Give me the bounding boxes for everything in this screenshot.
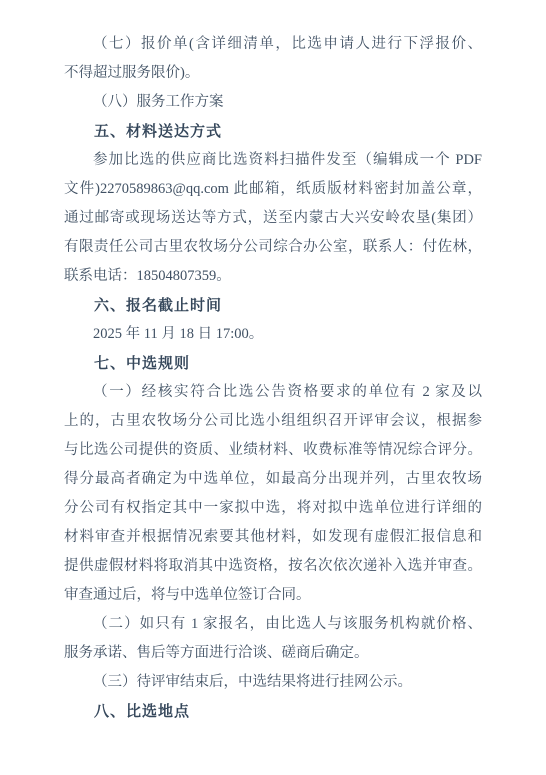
text-line: 服务承诺、售后等方面进行洽谈、磋商后确定。 [64,639,482,668]
text-line: 提供虚假材料将取消其中选资格，按名次依次递补入选并审查。 [64,552,482,581]
text-line: 有限责任公司古里农牧场分公司综合办公室，联系人：付佐林， [64,233,482,262]
text-line: 得分最高者确定为中选单位，如最高分出现并列，古里农牧场 [64,465,482,494]
text-line: 不得超过服务限价)。 [64,59,482,88]
paragraph: （七）报价单(含详细清单，比选申请人进行下浮报价、不得超过服务限价)。 [64,30,482,88]
text-line: 联系电话：18504807359。 [64,262,482,291]
text-line: 2025 年 11 月 18 日 17:00。 [64,320,482,349]
paragraph: （二）如只有 1 家报名，由比选人与该服务机构就价格、服务承诺、售后等方面进行洽… [64,610,482,668]
section-heading: 六、报名截止时间 [64,291,482,320]
paragraph: 2025 年 11 月 18 日 17:00。 [64,320,482,349]
paragraph: （三）待评审结束后，中选结果将进行挂网公示。 [64,668,482,697]
text-line: 分公司有权指定其中一家拟中选，将对拟中选单位进行详细的 [64,494,482,523]
text-line: 通过邮寄或现场送达等方式，送至内蒙古大兴安岭农垦(集团） [64,204,482,233]
paragraph: 参加比选的供应商比选资料扫描件发至（编辑成一个 PDF文件)2270589863… [64,146,482,291]
document-body: （七）报价单(含详细清单，比选申请人进行下浮报价、不得超过服务限价)。（八）服务… [64,30,482,726]
paragraph: （一）经核实符合比选公告资格要求的单位有 2 家及以上的，古里农牧场分公司比选小… [64,378,482,610]
paragraph: （八）服务工作方案 [64,88,482,117]
text-line: 上的，古里农牧场分公司比选小组组织召开评审会议，根据参 [64,407,482,436]
text-line: （七）报价单(含详细清单，比选申请人进行下浮报价、 [64,30,482,59]
text-line: （八）服务工作方案 [64,88,482,117]
section-heading: 八、比选地点 [64,697,482,726]
text-line: 参加比选的供应商比选资料扫描件发至（编辑成一个 PDF [64,146,482,175]
text-line: （二）如只有 1 家报名，由比选人与该服务机构就价格、 [64,610,482,639]
section-heading: 七、中选规则 [64,349,482,378]
text-line: （三）待评审结束后，中选结果将进行挂网公示。 [64,668,482,697]
text-line: （一）经核实符合比选公告资格要求的单位有 2 家及以 [64,378,482,407]
text-line: 材料审查并根据情况索要其他材料，如发现有虚假汇报信息和 [64,523,482,552]
text-line: 审查通过后，将与中选单位签订合同。 [64,581,482,610]
document-page: （七）报价单(含详细清单，比选申请人进行下浮报价、不得超过服务限价)。（八）服务… [0,0,546,775]
text-line: 文件)2270589863@qq.com 此邮箱，纸质版材料密封加盖公章， [64,175,482,204]
text-line: 与比选公司提供的资质、业绩材料、收费标准等情况综合评分。 [64,436,482,465]
section-heading: 五、材料送达方式 [64,117,482,146]
